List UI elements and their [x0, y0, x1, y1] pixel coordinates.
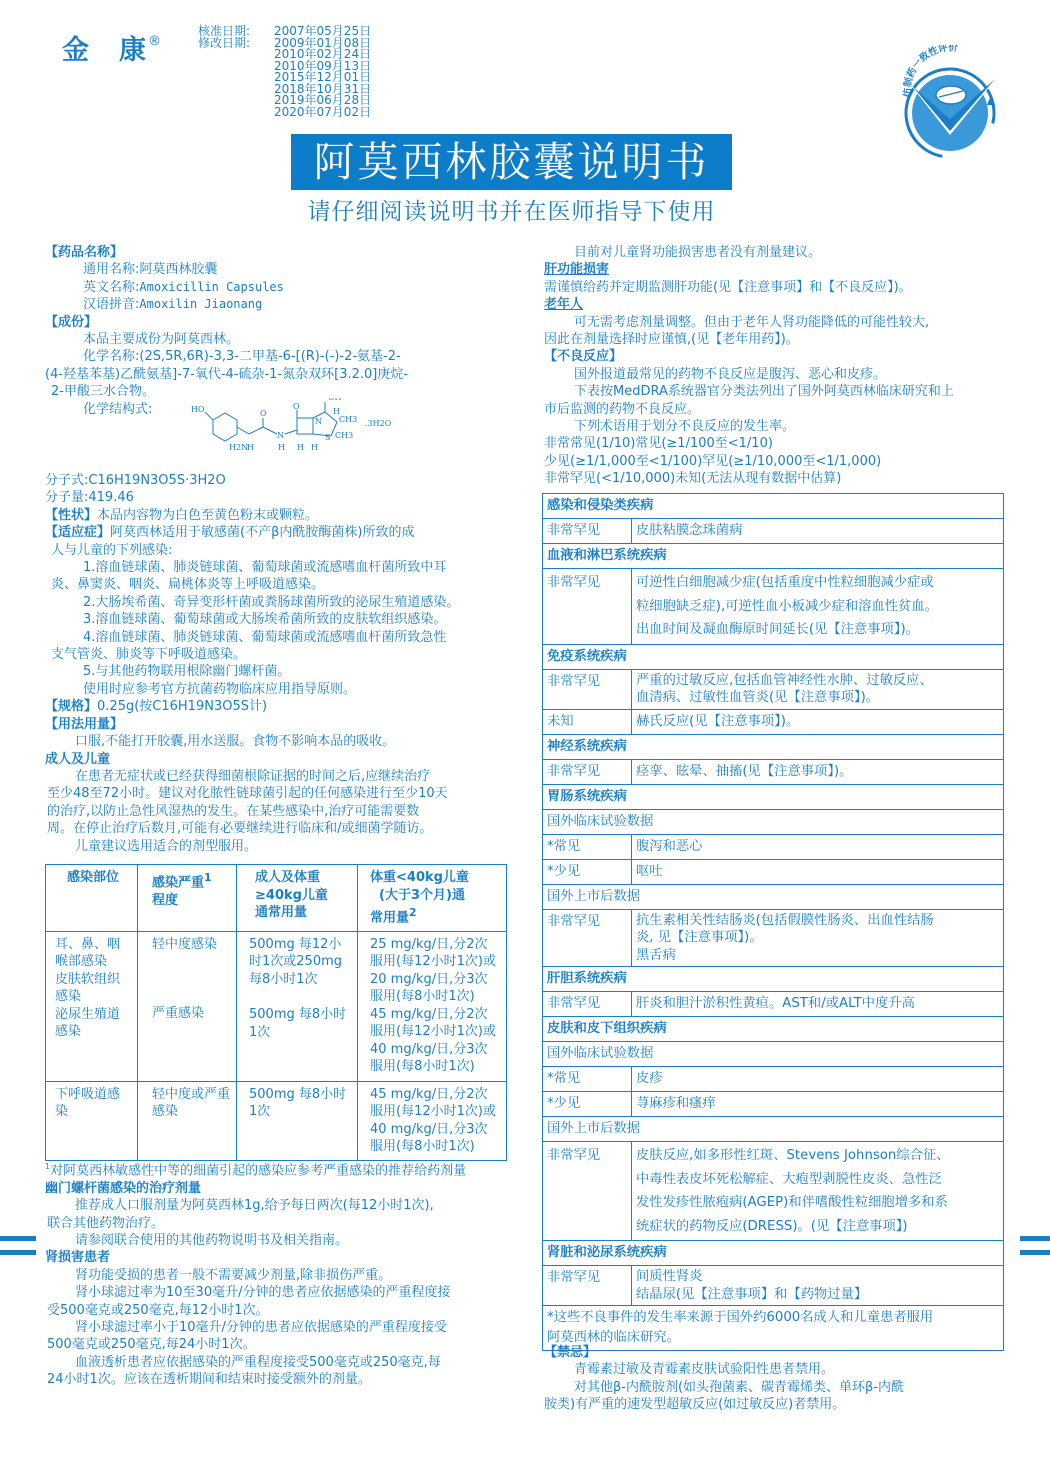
svg-text:CH3: CH3 — [335, 431, 353, 440]
fold-mark-right — [1020, 1236, 1050, 1255]
indication-5: 5.与其他药物联用根除幽门螺杆菌。 — [45, 663, 520, 680]
svg-text:H: H — [278, 443, 285, 452]
table-row: 未知赫氏反应(见【注意事项】)。 — [543, 709, 1004, 734]
svg-text:O: O — [293, 402, 300, 411]
page-title: 阿莫西林胶囊说明书 — [291, 134, 732, 190]
data-source-postmarket: 国外上市后数据 — [543, 884, 1004, 909]
header-child-dose: 体重<40kg儿童 (大于3个月)通常用量2 — [358, 865, 507, 932]
indication-3: 3.溶血链球菌、葡萄球菌或大肠埃希菌所致的皮肤软组织感染。 — [45, 611, 520, 628]
data-source-clinical: 国外临床试验数据 — [543, 1042, 1004, 1067]
molecular-weight: 分子量:419.46 — [45, 489, 520, 506]
svg-text:N: N — [315, 417, 322, 426]
hp-text-3: 请参阅联合使用的其他药物说明书及相关指南。 — [45, 1232, 515, 1249]
adults-text-5: 儿童建议选用适合的剂型服用。 — [45, 838, 520, 855]
svg-text:CH3: CH3 — [339, 415, 357, 424]
dose-footnote: 1对阿莫西林敏感性中等的细菌引起的感染应参考严重感染的推荐给药剂量 — [45, 1158, 515, 1180]
renal-text-3: 肾小球滤过率小于10毫升/分钟的患者应依据感染的严重程度接受 — [45, 1319, 515, 1336]
page-subtitle: 请仔细阅读说明书并在医师指导下使用 — [291, 193, 732, 226]
hepatic-text: 需谨慎给药并定期监测肝功能(见【注意事项】和【不良反应】)。 — [544, 279, 1014, 296]
cell-child-dose: 25 mg/kg/日,分2次服用(每12小时1次)或20 mg/kg/日,分3次… — [358, 931, 507, 1081]
svg-text:H: H — [297, 443, 304, 452]
elderly-heading: 老年人 — [544, 296, 1014, 313]
right-column: 目前对儿童肾功能损害患者没有剂量建议。 肝功能损害 需谨慎给药并定期监测肝功能(… — [544, 244, 1014, 488]
svg-text:H2N: H2N — [229, 443, 248, 452]
brand-char-1: 金 — [62, 35, 89, 66]
system-nervous: 神经系统疾病 — [543, 734, 1004, 759]
table-header-row: 感染部位 感染严重1程度 成人及体重≥40kg儿童通常用量 体重<40kg儿童 … — [46, 865, 507, 932]
table-row: *少见荨麻疹和瘙痒 — [543, 1092, 1004, 1117]
usage-text: 口服,不能打开胶囊,用水送服。食物不影响本品的吸收。 — [45, 733, 520, 750]
frequency-definitions-3: 非常罕见(<1/10,000)未知(无法从现有数据中估算) — [544, 470, 1014, 487]
consistency-evaluation-badge-icon: 仿制药一致性评价 — [893, 45, 1008, 160]
table-row: 非常罕见肝炎和胆汁淤积性黄疸。AST和/或ALT中度升高 — [543, 992, 1004, 1017]
drug-name-heading: 【药品名称】 — [45, 244, 515, 261]
header-infection-site: 感染部位 — [46, 865, 138, 932]
revision-dates: 核准日期:2007年05月25日 修改日期:2009年01月08日 2010年0… — [198, 26, 371, 118]
system-infections: 感染和侵染类疾病 — [543, 494, 1004, 519]
table-row: *少见呕吐 — [543, 859, 1004, 884]
svg-text:H: H — [247, 443, 254, 452]
table-row: 非常罕见皮肤粘膜念珠菌病 — [543, 519, 1004, 544]
svg-text:OH: OH — [328, 398, 342, 402]
renal-text-2: 肾小球滤过率为10至30毫升/分钟的患者应依据感染的严重程度接 — [45, 1284, 515, 1301]
svg-text:O: O — [260, 409, 267, 418]
header-adult-dose: 成人及体重≥40kg儿童通常用量 — [237, 865, 358, 932]
indications-intro: 【适应症】阿莫西林适用于敏感菌(不产β内酰胺酶菌株)所致的成 — [45, 524, 520, 541]
adr-text-2-cont: 市后监测的药物不良反应。 — [544, 401, 1014, 418]
table-row: 非常罕见可逆性白细胞减少症(包括重度中性粒细胞减少症或粒细胞缺乏症),可逆性血小… — [543, 569, 1004, 645]
contraindications-text-1: 青霉素过敏及青霉素皮肤试验阳性患者禁用。 — [544, 1361, 1014, 1378]
frequency-definitions-2: 少见(≥1/1,000至<1/100)罕见(≥1/10,000至<1/1,000… — [544, 453, 1014, 470]
renal-text-4-cont: 24小时1次。应该在透析期间和结束时接受额外的剂量。 — [45, 1371, 515, 1388]
elderly-text-2: 因此在剂量选择时应谨慎,(见【老年用药】)。 — [544, 331, 1014, 348]
contraindications: 【禁忌】 青霉素过敏及青霉素皮肤试验阳性患者禁用。 对其他β-内酰胺剂(如头孢菌… — [544, 1344, 1014, 1414]
indications-note: 使用时应参考官方抗菌药物临床应用指导原则。 — [45, 681, 520, 698]
table-row: 非常罕见皮肤反应,如多形性红斑、Stevens Johnson综合征、中毒性表皮… — [543, 1142, 1004, 1241]
pinyin-name: 汉语拼音:Amoxilin Jiaonang — [45, 296, 515, 313]
contraindications-heading: 【禁忌】 — [544, 1344, 1014, 1361]
hepatic-impairment-heading: 肝功能损害 — [544, 261, 1014, 278]
indications-intro-cont: 人与儿童的下列感染: — [45, 542, 520, 559]
cell-adult-dose: 500mg 每12小时1次或250mg每8小时1次 500mg 每8小时1次 — [237, 931, 358, 1081]
renal-text-4: 血液透析患者应依据感染的严重程度接受500毫克或250毫克,每 — [45, 1354, 515, 1371]
elderly-text-1: 可无需考虑剂量调整。但由于老年人肾功能降低的可能性较大, — [544, 314, 1014, 331]
chemical-name-line-1: 化学名称:(2S,5R,6R)-3,3-二甲基-6-[(R)-(-)-2-氨基-… — [45, 348, 515, 365]
cell-severity: 轻中度或严重感染 — [138, 1081, 237, 1160]
adverse-reactions-table: 感染和侵染类疾病 非常罕见皮肤粘膜念珠菌病 血液和淋巴系统疾病 非常罕见可逆性白… — [542, 493, 1004, 1351]
cell-severity: 轻中度感染 严重感染 — [138, 931, 237, 1081]
header-severity: 感染严重1程度 — [138, 865, 237, 932]
table-row: 下呼吸道感染 轻中度或严重感染 500mg 每8小时1次 45 mg/kg/日,… — [46, 1081, 507, 1160]
data-source-postmarket: 国外上市后数据 — [543, 1117, 1004, 1142]
adults-text-2: 至少48至72小时。建议对化脓性链球菌引起的任何感染进行至少10天 — [45, 785, 520, 802]
properties: 【性状】本品内容物为白色至黄色粉末或颗粒。 — [45, 507, 520, 524]
chemical-structure-diagram: HO O O N H N H2N H H H S OH H CH3 CH3 .3… — [185, 398, 405, 468]
brand-logo: 金康® — [62, 28, 161, 67]
system-hepatobiliary: 肝胆系统疾病 — [543, 967, 1004, 992]
composition-main: 本品主要成份为阿莫西林。 — [45, 331, 515, 348]
adverse-reactions-heading: 【不良反应】 — [544, 348, 1014, 365]
table-row: 非常罕见痉挛、眩晕、抽搐(见【注意事项】)。 — [543, 759, 1004, 784]
usage-heading: 【用法用量】 — [45, 716, 520, 733]
svg-text:H: H — [311, 443, 318, 452]
table-row: *常见腹泻和恶心 — [543, 834, 1004, 859]
renal-text-3-cont: 500毫克或250毫克,每24小时1次。 — [45, 1336, 515, 1353]
chemical-name-line-2: (4-羟基苯基)乙酰氨基]-7-氧代-4-硫杂-1-氮杂双环[3.2.0]庚烷- — [45, 366, 515, 383]
structure-hydrate: .3H2O — [365, 419, 392, 428]
renal-text-1: 肾功能受损的患者一般不需要减少剂量,除非损伤严重。 — [45, 1267, 515, 1284]
svg-text:S: S — [325, 433, 330, 442]
table-row: 非常罕见严重的过敏反应,包括血管神经性水肿、过敏反应、血清病、过敏性血管炎(见【… — [543, 669, 1004, 709]
system-immune: 免疫系统疾病 — [543, 644, 1004, 669]
dosage-table: 感染部位 感染严重1程度 成人及体重≥40kg儿童通常用量 体重<40kg儿童 … — [45, 864, 507, 1161]
hp-text-2: 联合其他药物治疗。 — [45, 1215, 515, 1232]
specification: 【规格】0.25g(按C16H19N3O5S计) — [45, 698, 520, 715]
hp-dosage-heading: 幽门螺杆菌感染的治疗剂量 — [45, 1180, 515, 1197]
adults-children-heading: 成人及儿童 — [45, 751, 520, 768]
svg-text:HO: HO — [191, 405, 205, 414]
renal-impairment-heading: 肾损害患者 — [45, 1249, 515, 1266]
data-source-clinical: 国外临床试验数据 — [543, 809, 1004, 834]
indication-1-cont: 炎、鼻窦炎、咽炎、扁桃体炎等上呼吸道感染。 — [45, 576, 520, 593]
hp-text-1: 推荐成人口服剂量为阿莫西林1g,给予每日两次(每12小时1次), — [45, 1197, 515, 1214]
indication-2: 2.大肠埃希菌、奇异变形杆菌或粪肠球菌所致的泌尿生殖道感染。 — [45, 594, 520, 611]
table-row: 非常罕见间质性肾炎结晶尿(见【注意事项】和【药物过量】 — [543, 1266, 1004, 1306]
adults-text-4: 周。在停止治疗后数月,可能有必要继续进行临床和/或细菌学随访。 — [45, 820, 520, 837]
left-column-continued: 分子式:C16H19N3O5S·3H2O 分子量:419.46 【性状】本品内容… — [45, 472, 520, 855]
indication-1: 1.溶血链球菌、肺炎链球菌、葡萄球菌或流感嗜血杆菌所致中耳 — [45, 559, 520, 576]
revision-date-label: 修改日期: — [198, 38, 274, 50]
cell-adult-dose: 500mg 每8小时1次 — [237, 1081, 358, 1160]
composition-heading: 【成份】 — [45, 314, 515, 331]
indication-4: 4.溶血链球菌、肺炎链球菌、葡萄球菌或流感嗜血杆菌所致急性 — [45, 629, 520, 646]
left-column-bottom: 1对阿莫西林敏感性中等的细菌引起的感染应参考严重感染的推荐给药剂量 幽门螺杆菌感… — [45, 1158, 515, 1389]
adults-text-1: 在患者无症状或已经获得细菌根除证据的时间之后,应继续治疗 — [45, 768, 520, 785]
indication-4-cont: 支气管炎、肺炎等下呼吸道感染。 — [45, 646, 520, 663]
brand-char-2: 康 — [119, 35, 146, 66]
contraindications-text-2: 对其他β-内酰胺剂(如头孢菌素、碳青霉烯类、单环β-内酰 — [544, 1379, 1014, 1396]
revision-date: 2020年07月02日 — [274, 107, 371, 119]
registered-mark: ® — [148, 34, 161, 49]
adr-text-3: 下列术语用于划分不良反应的发生率。 — [544, 418, 1014, 435]
table-row: *常见皮疹 — [543, 1067, 1004, 1092]
fold-mark-left — [0, 1236, 36, 1255]
table-row: 耳、鼻、咽喉部感染 皮肤软组织感染 泌尿生殖道感染 轻中度感染 严重感染 500… — [46, 931, 507, 1081]
renal-text-2-cont: 受500毫克或250毫克,每12小时1次。 — [45, 1302, 515, 1319]
system-blood: 血液和淋巴系统疾病 — [543, 544, 1004, 569]
table-row: 非常罕见抗生素相关性结肠炎(包括假膜性肠炎、出血性结肠炎, 见【注意事项】)。黑… — [543, 909, 1004, 967]
renal-children-note: 目前对儿童肾功能损害患者没有剂量建议。 — [544, 244, 1014, 261]
adults-text-3: 的治疗,以防止急性风湿热的发生。在某些感染中,治疗可能需要数 — [45, 803, 520, 820]
adr-text-1: 国外报道最常见的药物不良反应是腹泻、恶心和皮疹。 — [544, 366, 1014, 383]
cell-child-dose: 45 mg/kg/日,分2次服用(每12小时1次)或40 mg/kg/日,分3次… — [358, 1081, 507, 1160]
cell-site: 耳、鼻、咽喉部感染 皮肤软组织感染 泌尿生殖道感染 — [46, 931, 138, 1081]
frequency-definitions-1: 非常常见(1/10)常见(≥1/100至<1/10) — [544, 435, 1014, 452]
english-name: 英文名称:Amoxicillin Capsules — [45, 279, 515, 296]
svg-text:N: N — [277, 431, 284, 440]
generic-name: 通用名称:阿莫西林胶囊 — [45, 261, 515, 278]
cell-site: 下呼吸道感染 — [46, 1081, 138, 1160]
molecular-formula: 分子式:C16H19N3O5S·3H2O — [45, 472, 520, 489]
left-column: 【药品名称】 通用名称:阿莫西林胶囊 英文名称:Amoxicillin Caps… — [45, 244, 515, 418]
contraindications-text-2-cont: 胺类)有严重的速发型超敏反应(如过敏反应)者禁用。 — [544, 1396, 1014, 1413]
system-renal: 肾脏和泌尿系统疾病 — [543, 1241, 1004, 1266]
system-skin: 皮肤和皮下组织疾病 — [543, 1017, 1004, 1042]
adr-text-2: 下表按MedDRA系统器官分类法列出了国外阿莫西林临床研究和上 — [544, 383, 1014, 400]
system-gastrointestinal: 胃肠系统疾病 — [543, 784, 1004, 809]
